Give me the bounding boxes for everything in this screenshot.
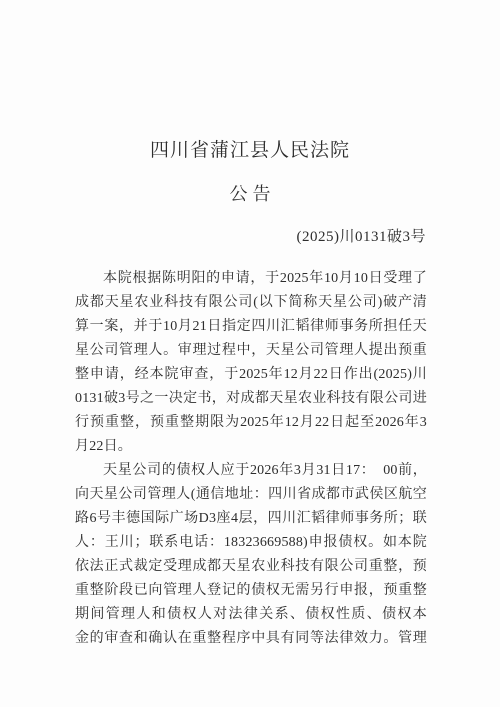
body-line: 向天星公司管理人(通信地址：四川省成都市武侯区航空 xyxy=(75,483,427,507)
body-line: 路6号丰德国际广场D3座4层，四川汇韬律师事务所；联系 xyxy=(75,507,427,531)
body-line: 0131破3号之一决定书，对成都天星农业科技有限公司进 xyxy=(75,387,427,411)
announcement-body: 本院根据陈明阳的申请，于2025年10月10日受理了成都天星农业科技有限公司(以… xyxy=(75,267,427,651)
case-number: (2025)川0131破3号 xyxy=(0,227,500,247)
body-line: 金的审查和确认在重整程序中具有同等法律效力。管理 xyxy=(75,627,427,651)
body-line: 期间管理人和债权人对法律关系、债权性质、债权本 xyxy=(75,603,427,627)
body-line: 行预重整，预重整期限为2025年12月22日起至2026年3 xyxy=(75,411,427,435)
body-line: 依法正式裁定受理成都天星农业科技有限公司重整，预 xyxy=(75,555,427,579)
body-line: 成都天星农业科技有限公司(以下简称天星公司)破产清 xyxy=(75,291,427,315)
paragraph: 天星公司的债权人应于2026年3月31日17： 00前，向天星公司管理人(通信地… xyxy=(75,459,427,651)
body-line: 月22日。 xyxy=(75,435,427,459)
court-name-title: 四川省蒲江县人民法院 xyxy=(0,0,500,162)
body-line: 天星公司的债权人应于2026年3月31日17： 00前， xyxy=(75,459,427,483)
announcement-page: 四川省蒲江县人民法院 公告 (2025)川0131破3号 本院根据陈明阳的申请，… xyxy=(0,0,500,707)
body-line: 人：王川；联系电话：18323669588)申报债权。如本院 xyxy=(75,531,427,555)
body-line: 星公司管理人。审理过程中，天星公司管理人提出预重 xyxy=(75,339,427,363)
body-line: 本院根据陈明阳的申请，于2025年10月10日受理了 xyxy=(75,267,427,291)
body-line: 算一案，并于10月21日指定四川汇韬律师事务所担任天 xyxy=(75,315,427,339)
announcement-type-title: 公告 xyxy=(0,183,500,205)
body-line: 整申请，经本院审查，于2025年12月22日作出(2025)川 xyxy=(75,363,427,387)
body-line: 重整阶段已向管理人登记的债权无需另行申报，预重整 xyxy=(75,579,427,603)
paragraph: 本院根据陈明阳的申请，于2025年10月10日受理了成都天星农业科技有限公司(以… xyxy=(75,267,427,459)
